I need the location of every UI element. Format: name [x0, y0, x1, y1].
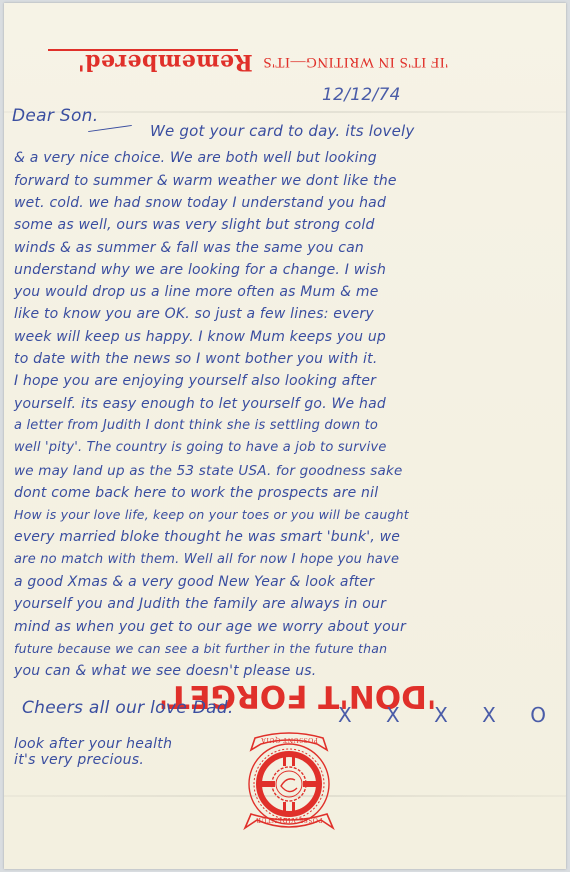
letter-line: future because we can see a bit further … — [14, 638, 559, 660]
letter-line: winds & as summer & fall was the same yo… — [14, 237, 559, 259]
letter-line: to date with the news so I wont bother y… — [14, 348, 559, 370]
letter-postscript-line: it's very precious. — [14, 752, 144, 768]
letterhead-tagline: 'IF IT'S IN WRITING—IT'S — [263, 54, 448, 71]
letter-line: are no match with them. Well all for now… — [14, 549, 559, 571]
letter-line: I hope you are enjoying yourself also lo… — [14, 370, 559, 392]
letterhead-header: 'IF IT'S IN WRITING—IT'S Remembered' — [48, 45, 448, 79]
letter-kisses: X X X X O — [338, 703, 560, 727]
svg-text:POSSUNT QUIA: POSSUNT QUIA — [260, 736, 317, 744]
letter-postscript-line: look after your health — [14, 736, 172, 752]
letter-line: you would drop us a line more often as M… — [14, 281, 559, 303]
letterhead-title: Remembered' — [77, 49, 252, 75]
letter-line: yourself. its easy enough to let yoursel… — [14, 393, 559, 415]
letter-line: a good Xmas & a very good New Year & loo… — [14, 571, 559, 593]
letter-line: wet. cold. we had snow today I understan… — [14, 192, 559, 214]
letter-line: like to know you are OK. so just a few l… — [14, 303, 559, 325]
letter-line: dont come back here to work the prospect… — [14, 482, 559, 504]
letter-line: well 'pity'. The country is going to hav… — [14, 437, 559, 459]
letter-line: some as well, ours was very slight but s… — [14, 214, 559, 236]
letter-line: How is your love life, keep on your toes… — [14, 504, 559, 526]
letter-line: yourself you and Judith the family are a… — [14, 593, 559, 615]
letter-line: understand why we are looking for a chan… — [14, 259, 559, 281]
letter-signoff: Cheers all our love Dad. — [22, 698, 234, 718]
letter-line: mind as when you get to our age we worry… — [14, 616, 559, 638]
letter-line: & a very nice choice. We are both well b… — [14, 147, 559, 169]
letter-body: We got your card to day. its lovely & a … — [14, 116, 559, 683]
letter-line: week will keep us happy. I know Mum keep… — [14, 326, 559, 348]
letter-line: a letter from Judith I dont think she is… — [14, 415, 559, 437]
letter-line: We got your card to day. its lovely — [14, 116, 559, 147]
emblem-seal-icon: POSSE VIDENTUR POSSUNT QUIA — [237, 730, 341, 842]
letter-date: 12/12/74 — [322, 85, 401, 105]
letter-line: we may land up as the 53 state USA. for … — [14, 460, 559, 482]
letter-line: forward to summer & warm weather we dont… — [14, 170, 559, 192]
letter-line: every married bloke thought he was smart… — [14, 526, 559, 548]
